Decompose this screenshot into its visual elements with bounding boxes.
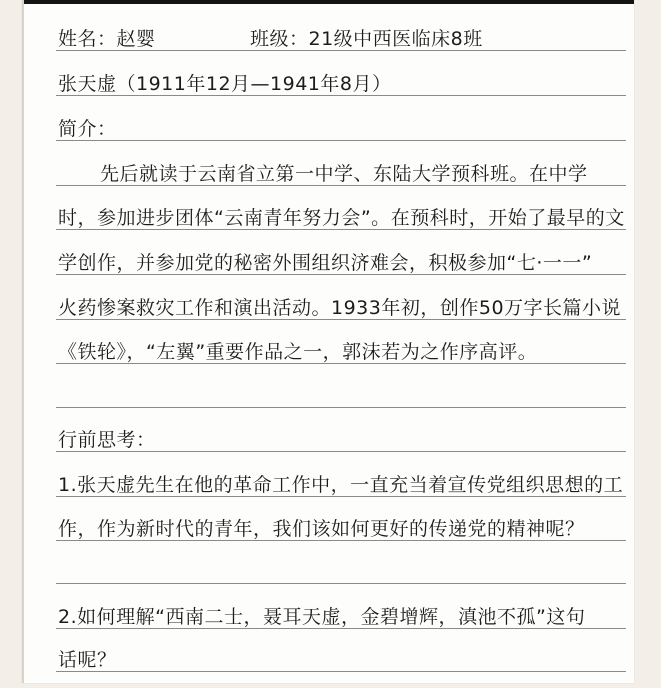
subject-title: 张天虚（1911年12月—1941年8月） [58,71,391,97]
question-1-line: 1.张天虚先生在他的革命工作中，一直充当着宣传党组织思想的工 [58,472,633,498]
question-2-line: 2.如何理解“西南二士，聂耳天虚，金碧增辉，滇池不孤”这句 [58,604,633,630]
question-1-line: 作，作为新时代的青年，我们该如何更好的传递党的精神呢？ [58,516,633,542]
ruled-line [56,671,626,672]
intro-line: 学创作，并参加党的秘密外围组织济难会，积极参加“七·一一” [58,250,633,276]
intro-line: 时，参加进步团体“云南青年努力会”。在预科时，开始了最早的文 [58,205,633,231]
ruled-line [56,407,626,408]
student-name: 姓名：赵婴 [58,26,156,52]
question-2-line: 话呢？ [58,647,117,673]
ruled-line [56,583,626,584]
intro-line: 先后就读于云南省立第一中学、东陆大学预科班。在中学 [100,161,588,187]
top-edge-strip [22,0,634,4]
intro-line: 《铁轮》，“左翼”重要作品之一，郭沫若为之作序高评。 [58,339,537,365]
intro-heading: 简介： [58,116,117,142]
worksheet-paper: 姓名：赵婴 班级：21级中西医临床8班 张天虚（1911年12月—1941年8月… [22,0,634,683]
ruled-line [56,140,626,141]
paper-left-edge [22,0,24,683]
student-class: 班级：21级中西医临床8班 [250,26,483,52]
reflection-heading: 行前思考： [58,427,156,453]
intro-line: 火药惨案救灾工作和演出活动。1933年初，创作50万字长篇小说 [58,295,633,321]
